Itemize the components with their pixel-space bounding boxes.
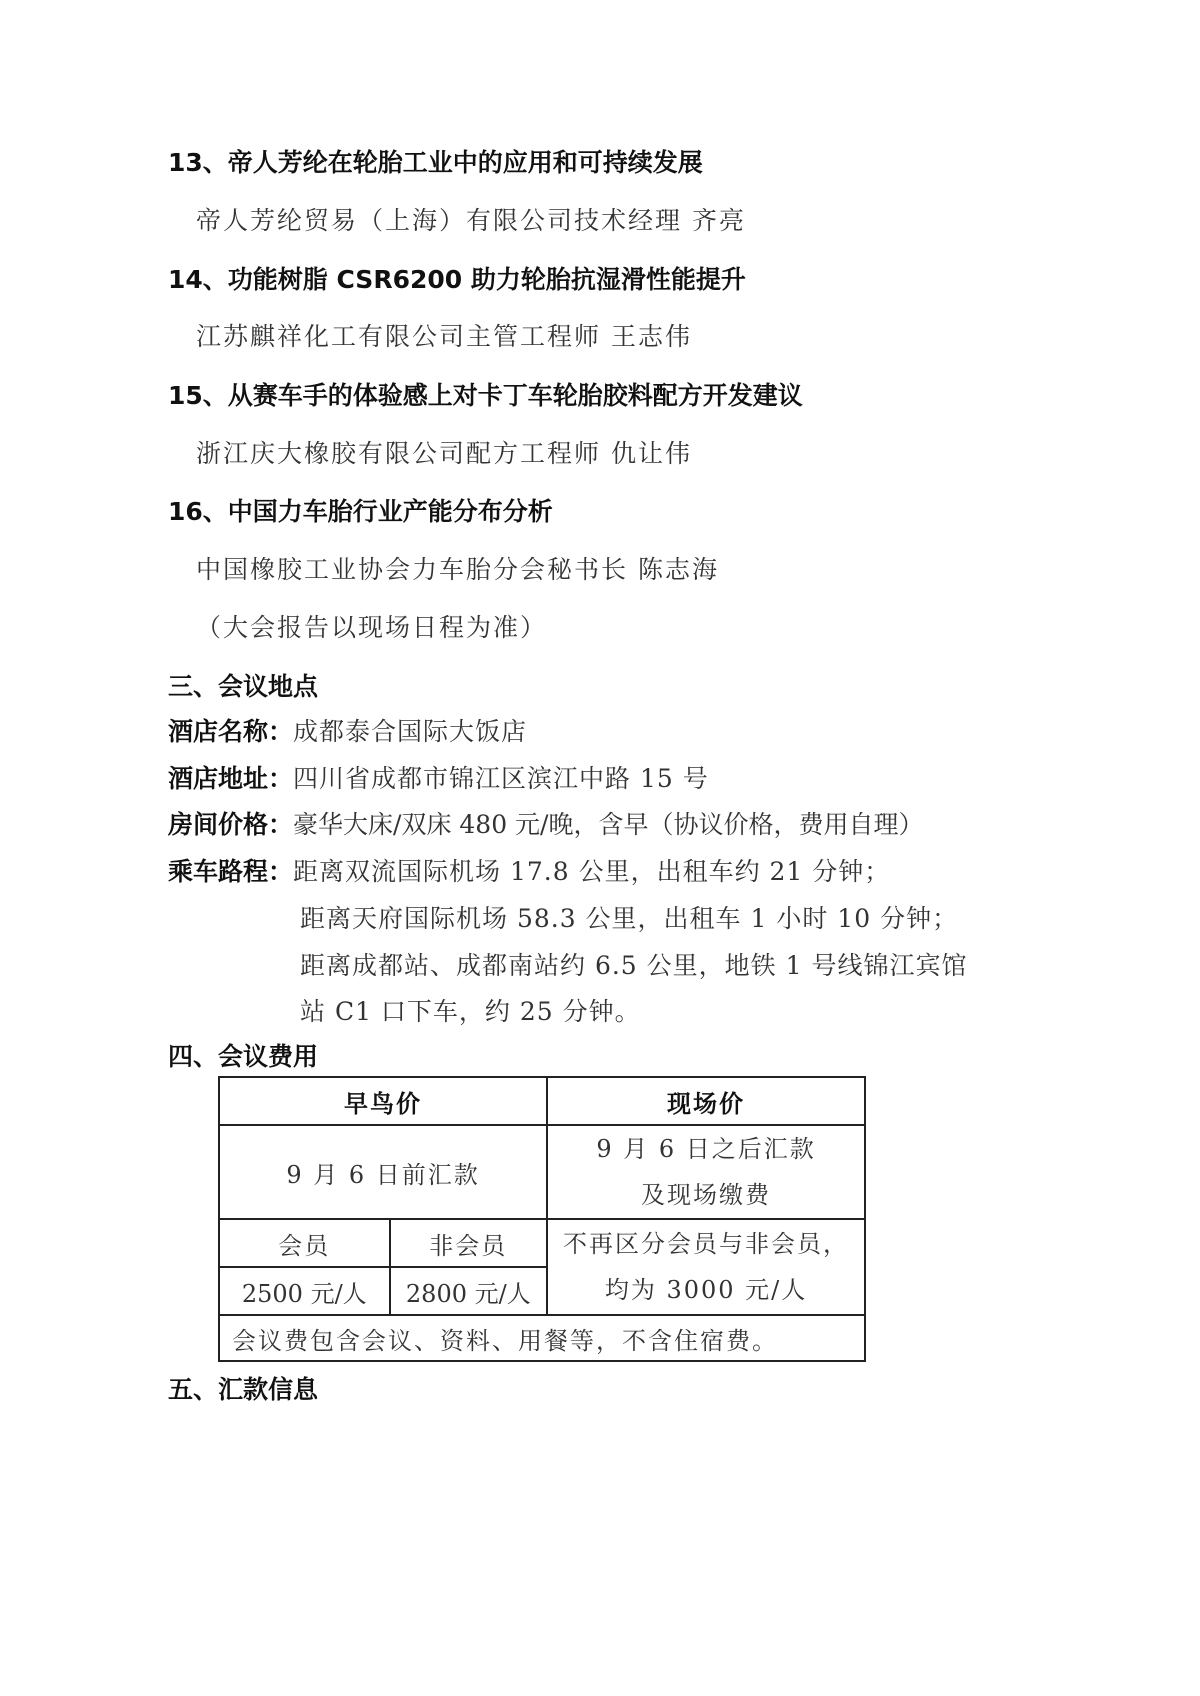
report-16-speaker: 中国橡胶工业协会力车胎分会秘书长 陈志海 [196,553,719,587]
fees-heading: 四、会议费用 [168,1040,318,1074]
route-line: 距离双流国际机场 17.8 公里，出租车约 21 分钟； [293,857,890,886]
report-14-speaker: 江苏麒祥化工有限公司主管工程师 王志伟 [196,320,692,354]
onsite-condition: 9 月 6 日之后汇款 及现场缴费 [547,1125,865,1219]
hotel-address-row: 酒店地址：四川省成都市锦江区滨江中路 15 号 [168,762,709,796]
fee-table: 早鸟价 现场价 9 月 6 日前汇款 9 月 6 日之后汇款 及现场缴费 会员 … [218,1076,866,1362]
report-number: 15、 [168,381,228,410]
table-row: 会员 非会员 不再区分会员与非会员， 均为 3000 元/人 [219,1219,865,1267]
onsite-header: 现场价 [547,1077,865,1125]
report-number: 16、 [168,497,228,526]
fee-note: 会议费包含会议、资料、用餐等，不含住宿费。 [219,1315,865,1361]
table-row: 9 月 6 日前汇款 9 月 6 日之后汇款 及现场缴费 [219,1125,865,1219]
report-title: 中国力车胎行业产能分布分析 [228,497,553,526]
report-14-title: 14、功能树脂 CSR6200 助力轮胎抗湿滑性能提升 [168,263,746,297]
member-price: 2500 元/人 [219,1267,390,1315]
hotel-address-value: 四川省成都市锦江区滨江中路 15 号 [293,764,709,793]
early-bird-header: 早鸟价 [219,1077,547,1125]
table-row: 早鸟价 现场价 [219,1077,865,1125]
report-title: 从赛车手的体验感上对卡丁车轮胎胶料配方开发建议 [228,381,803,410]
route-row: 乘车路程：距离双流国际机场 17.8 公里，出租车约 21 分钟； [168,855,890,889]
report-number: 14、 [168,265,228,294]
report-title: 帝人芳纶在轮胎工业中的应用和可持续发展 [228,148,703,177]
payment-heading: 五、汇款信息 [168,1373,318,1407]
report-16-title: 16、中国力车胎行业产能分布分析 [168,495,553,529]
report-13-title: 13、帝人芳纶在轮胎工业中的应用和可持续发展 [168,146,703,180]
report-15-title: 15、从赛车手的体验感上对卡丁车轮胎胶料配方开发建议 [168,379,803,413]
report-number: 13、 [168,148,228,177]
early-bird-deadline: 9 月 6 日前汇款 [219,1125,547,1219]
route-line: 站 C1 口下车，约 25 分钟。 [300,995,641,1029]
route-line: 距离天府国际机场 58.3 公里，出租车 1 小时 10 分钟； [300,902,958,936]
nonmember-price: 2800 元/人 [390,1267,548,1315]
nonmember-label: 非会员 [390,1219,548,1267]
onsite-price-line: 不再区分会员与非会员， [548,1221,864,1267]
route-label: 乘车路程： [168,857,293,886]
report-title: 功能树脂 CSR6200 助力轮胎抗湿滑性能提升 [228,265,746,294]
hotel-name-row: 酒店名称：成都泰合国际大饭店 [168,715,527,749]
member-label: 会员 [219,1219,390,1267]
room-price-row: 房间价格：豪华大床/双床 480 元/晚，含早（协议价格，费用自理） [168,808,923,842]
hotel-name-label: 酒店名称： [168,717,293,746]
hotel-address-label: 酒店地址： [168,764,293,793]
hotel-name-value: 成都泰合国际大饭店 [293,717,527,746]
room-price-value: 豪华大床/双床 480 元/晚，含早（协议价格，费用自理） [293,810,923,839]
route-line: 距离成都站、成都南站约 6.5 公里，地铁 1 号线锦江宾馆 [300,949,967,983]
onsite-price: 不再区分会员与非会员， 均为 3000 元/人 [547,1219,865,1315]
onsite-condition-line: 9 月 6 日之后汇款 [548,1126,864,1172]
report-15-speaker: 浙江庆大橡胶有限公司配方工程师 仇让伟 [196,437,692,471]
onsite-condition-line: 及现场缴费 [548,1172,864,1218]
report-13-speaker: 帝人芳纶贸易（上海）有限公司技术经理 齐亮 [196,204,746,238]
onsite-price-line: 均为 3000 元/人 [548,1267,864,1313]
table-row: 会议费包含会议、资料、用餐等，不含住宿费。 [219,1315,865,1361]
room-price-label: 房间价格： [168,810,293,839]
venue-heading: 三、会议地点 [168,670,318,704]
reports-note: （大会报告以现场日程为准） [196,611,547,645]
